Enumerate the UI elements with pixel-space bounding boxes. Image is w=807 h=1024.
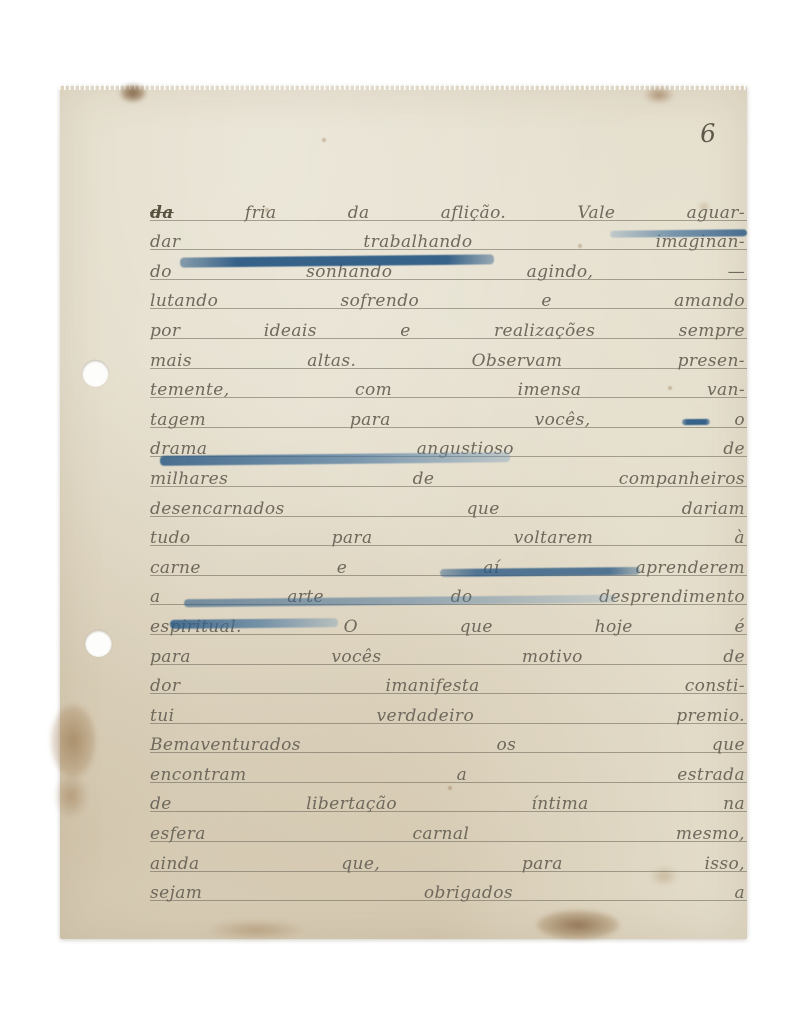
- word: tudo: [150, 528, 191, 548]
- word: íntima: [531, 794, 588, 814]
- hole-punch: [82, 360, 109, 387]
- word: por: [150, 321, 180, 341]
- word: dor: [150, 676, 180, 696]
- word: os: [497, 735, 517, 755]
- text-line: temente,comimensavan-: [150, 369, 747, 399]
- stain: [54, 774, 88, 818]
- word: motivo: [522, 647, 583, 667]
- underline-o: [682, 419, 710, 425]
- word: de: [413, 469, 435, 489]
- word: esfera: [150, 824, 206, 844]
- text-line: encontramaestrada: [150, 753, 747, 783]
- word: voltarem: [514, 528, 594, 548]
- word: isso,: [704, 854, 745, 874]
- page-number: 6: [699, 117, 741, 149]
- underline-aguar: [610, 229, 747, 237]
- stain: [50, 704, 96, 778]
- word: imanifesta: [386, 676, 480, 696]
- word: desencarnados: [150, 499, 285, 519]
- word: mesmo,: [676, 824, 745, 844]
- word: milhares: [150, 469, 228, 489]
- word: Vale: [577, 203, 615, 223]
- word: tagem: [150, 410, 206, 430]
- word: de: [723, 647, 745, 667]
- word: sejam: [150, 883, 202, 903]
- word: obrigados: [424, 883, 513, 903]
- word: para: [522, 854, 563, 874]
- word: sempre: [679, 321, 745, 341]
- word: Bemaventurados: [150, 735, 301, 755]
- word: realizações: [494, 321, 595, 341]
- hole-punch: [85, 630, 112, 657]
- text-line: Bemaventuradososque: [150, 724, 747, 754]
- word: premio.: [676, 706, 745, 726]
- word: carne: [150, 558, 201, 578]
- word: dariam: [682, 499, 745, 519]
- text-line: lutandosofrendoeamando: [150, 280, 747, 310]
- word: libertação: [306, 794, 397, 814]
- word: à: [734, 528, 745, 548]
- stain: [643, 86, 675, 104]
- scan-background: 6 dafriadaaflição.Valeaguar-dartrabalhan…: [0, 0, 807, 1024]
- word: trabalhando: [363, 232, 472, 252]
- word: de: [723, 439, 745, 459]
- word: encontram: [150, 765, 247, 785]
- word: aguar-: [687, 203, 745, 223]
- word: do: [150, 262, 172, 282]
- text-line: tuiverdadeiropremio.: [150, 694, 747, 724]
- word: fria: [245, 203, 277, 223]
- word: —: [728, 262, 745, 282]
- stain: [120, 84, 146, 102]
- word: ideais: [264, 321, 317, 341]
- foxing-speck: [322, 138, 326, 142]
- text-line: desencarnadosquedariam: [150, 487, 747, 517]
- word: companheiros: [619, 469, 745, 489]
- word: van-: [707, 380, 745, 400]
- word: Observam: [472, 351, 563, 371]
- word: lutando: [150, 291, 218, 311]
- text-line: esferacarnalmesmo,: [150, 812, 747, 842]
- stain: [208, 920, 304, 940]
- text-line: paravocêsmotivode: [150, 635, 747, 665]
- text-line: maisaltas.Observampresen-: [150, 339, 747, 369]
- text-line: sejamobrigadosa: [150, 872, 747, 902]
- word: é: [735, 617, 745, 637]
- word: a: [150, 587, 161, 607]
- word: da: [348, 203, 370, 223]
- word: altas.: [307, 351, 356, 371]
- text-line: tudoparavoltaremà: [150, 517, 747, 547]
- word: de: [150, 794, 172, 814]
- text-line: porideaiserealizaçõessempre: [150, 309, 747, 339]
- word: vocês: [331, 647, 381, 667]
- word: presen-: [678, 351, 745, 371]
- text-line: delibertaçãoíntimana: [150, 783, 747, 813]
- word: que: [467, 499, 500, 519]
- word: a: [457, 765, 468, 785]
- word: hoje: [595, 617, 633, 637]
- word: que: [712, 735, 745, 755]
- handwritten-text: dafriadaaflição.Valeaguar-dartrabalhando…: [150, 191, 747, 901]
- word: agindo,: [527, 262, 594, 282]
- word: temente,: [150, 380, 230, 400]
- word: e: [337, 558, 347, 578]
- word: e: [400, 321, 410, 341]
- text-line: dafriadaaflição.Valeaguar-: [150, 191, 747, 221]
- word: O: [344, 617, 358, 637]
- word: para: [332, 528, 373, 548]
- word: ainda: [150, 854, 200, 874]
- word: aflição.: [441, 203, 507, 223]
- word: que: [460, 617, 493, 637]
- word: desprendimento: [599, 587, 745, 607]
- word: na: [723, 794, 745, 814]
- word: consti-: [685, 676, 745, 696]
- word: amando: [674, 291, 745, 311]
- word: tui: [150, 706, 174, 726]
- word: para: [350, 410, 391, 430]
- word: o: [734, 410, 745, 430]
- word: estrada: [677, 765, 745, 785]
- word: imensa: [518, 380, 582, 400]
- text-line: tagemparavocês,o: [150, 398, 747, 428]
- word: e: [541, 291, 551, 311]
- word: com: [355, 380, 392, 400]
- text-line: aindaque,paraisso,: [150, 842, 747, 872]
- word: que,: [341, 854, 380, 874]
- word: aprenderem: [636, 558, 745, 578]
- word: dar: [150, 232, 180, 252]
- word: mais: [150, 351, 192, 371]
- word: sofrendo: [340, 291, 419, 311]
- word: da: [150, 203, 174, 223]
- word: verdadeiro: [377, 706, 475, 726]
- word: carnal: [413, 824, 470, 844]
- underline-espiritual: [170, 618, 338, 629]
- word: para: [150, 647, 191, 667]
- stain: [536, 910, 620, 940]
- word: a: [734, 883, 745, 903]
- manuscript-page: 6 dafriadaaflição.Valeaguar-dartrabalhan…: [60, 86, 747, 939]
- word: vocês,: [535, 410, 591, 430]
- text-line: dorimanifestaconsti-: [150, 665, 747, 695]
